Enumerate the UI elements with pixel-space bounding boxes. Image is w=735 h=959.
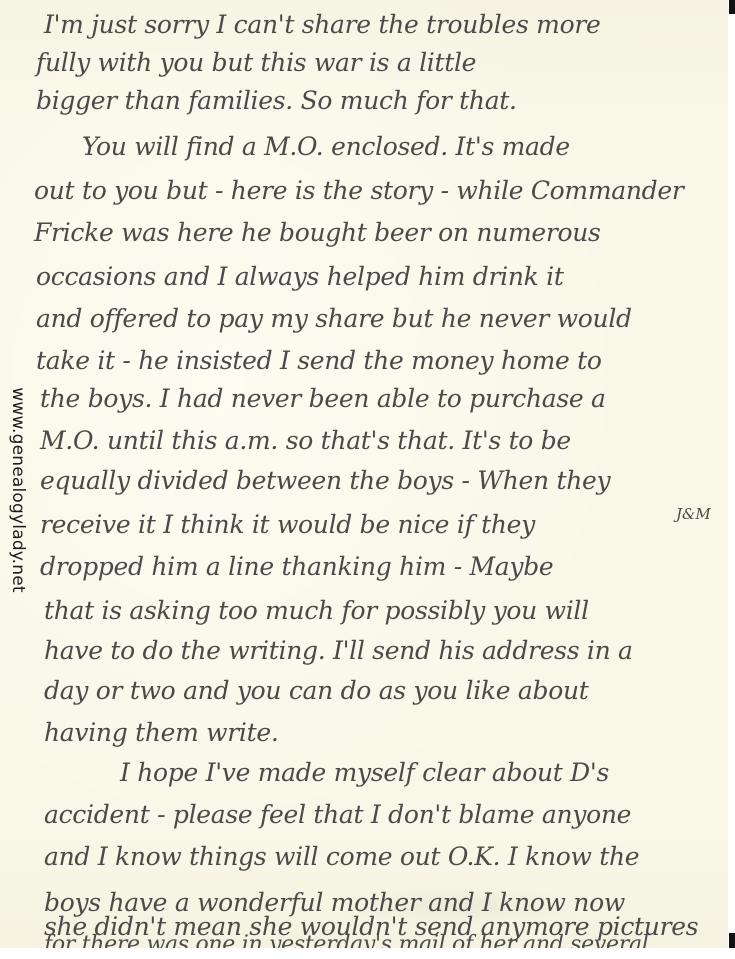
watermark-text: www.genealogylady.net: [8, 387, 28, 593]
letter-line: have to do the writing. I'll send his ad…: [44, 636, 633, 665]
letter-page: I'm just sorry I can't share the trouble…: [0, 0, 728, 948]
letter-line: Fricke was here he bought beer on numero…: [34, 218, 601, 247]
letter-line: and offered to pay my share but he never…: [36, 304, 632, 333]
letter-line: occasions and I always helped him drink …: [36, 262, 564, 291]
letter-line: take it - he insisted I send the money h…: [36, 346, 602, 375]
letter-body: I'm just sorry I can't share the trouble…: [0, 0, 728, 948]
scan-edge-mark: [729, 0, 735, 14]
scan-edge-right: [728, 0, 735, 959]
watermark: www.genealogylady.net: [2, 375, 34, 605]
letter-line: equally divided between the boys - When …: [40, 466, 610, 495]
letter-line: I hope I've made myself clear about D's: [120, 758, 609, 787]
letter-line: dropped him a line thanking him - Maybe: [40, 552, 553, 581]
letter-line: day or two and you can do as you like ab…: [44, 676, 589, 705]
margin-annotation: J&M: [676, 505, 711, 523]
letter-line: the boys. I had never been able to purch…: [40, 384, 606, 413]
letter-line: bigger than families. So much for that.: [36, 86, 517, 115]
letter-line: You will find a M.O. enclosed. It's made: [82, 132, 570, 161]
letter-line: M.O. until this a.m. so that's that. It'…: [40, 426, 571, 455]
letter-line: accident - please feel that I don't blam…: [44, 800, 631, 829]
letter-line: fully with you but this war is a little: [36, 48, 476, 77]
letter-line: out to you but - here is the story - whi…: [34, 176, 683, 205]
letter-line: and I know things will come out O.K. I k…: [44, 842, 639, 871]
letter-line: that is asking too much for possibly you…: [44, 596, 589, 625]
letter-line: receive it I think it would be nice if t…: [40, 510, 535, 539]
letter-line: having them write.: [44, 718, 279, 747]
scan-edge-bottom: [0, 948, 735, 959]
letter-line: I'm just sorry I can't share the trouble…: [44, 10, 600, 39]
